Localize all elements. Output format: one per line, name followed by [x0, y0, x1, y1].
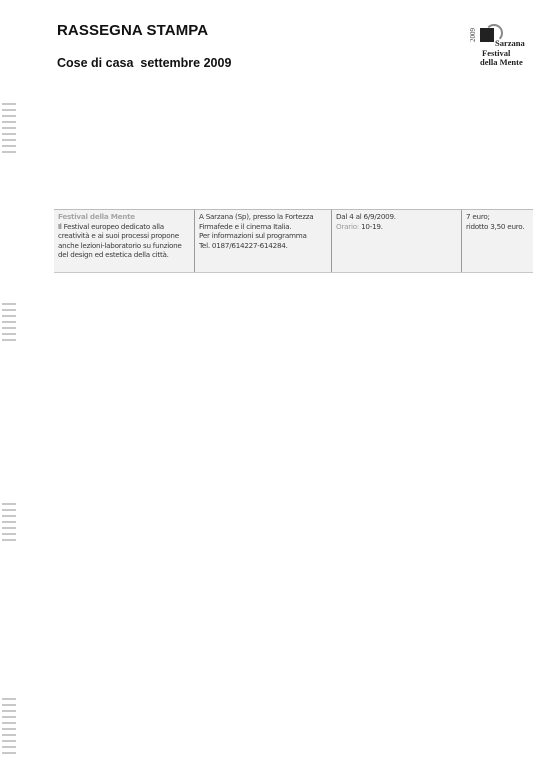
hours-label: Orario:: [336, 222, 359, 231]
scan-artifact: [2, 698, 16, 758]
event-cell: Festival della Mente Il Festival europeo…: [54, 210, 194, 272]
location-cell: A Sarzana (Sp), presso la Fortezza Firma…: [194, 210, 331, 272]
dates-range: Dal 4 al 6/9/2009.: [336, 212, 458, 222]
event-description-line: Il Festival europeo dedicato alla: [58, 222, 191, 232]
price-cell: 7 euro; ridotto 3,50 euro.: [461, 210, 533, 272]
page-subtitle: Cose di casa settembre 2009: [57, 56, 231, 70]
opening-hours: Orario: 10-19.: [336, 222, 458, 232]
event-title: Festival della Mente: [58, 212, 191, 222]
phone-line: Tel. 0187/614227-614284.: [199, 241, 328, 251]
logo-della-mente: della Mente: [480, 57, 523, 67]
event-description-line: del design ed estetica della città.: [58, 250, 191, 260]
location-line: Firmafede e il cinema Italia.: [199, 222, 328, 232]
info-line: Per informazioni sul programma: [199, 231, 328, 241]
logo-year: 2009: [469, 28, 477, 42]
price-reduced: ridotto 3,50 euro.: [466, 222, 530, 232]
price-full: 7 euro;: [466, 212, 530, 222]
festival-logo: 2009 Sarzana Festival della Mente: [472, 25, 542, 67]
page-title: RASSEGNA STAMPA: [57, 22, 208, 39]
event-description-line: anche lezioni-laboratorio su funzione: [58, 241, 191, 251]
logo-city: Sarzana: [495, 38, 525, 48]
scan-artifact: [2, 503, 16, 545]
dates-cell: Dal 4 al 6/9/2009. Orario: 10-19.: [331, 210, 461, 272]
scan-artifact: [2, 303, 16, 345]
location-line: A Sarzana (Sp), presso la Fortezza: [199, 212, 328, 222]
event-description-line: creatività e ai suoi processi propone: [58, 231, 191, 241]
press-clipping-table: Festival della Mente Il Festival europeo…: [54, 209, 533, 273]
hours-value: 10-19.: [359, 222, 383, 231]
scan-artifact: [2, 103, 16, 157]
